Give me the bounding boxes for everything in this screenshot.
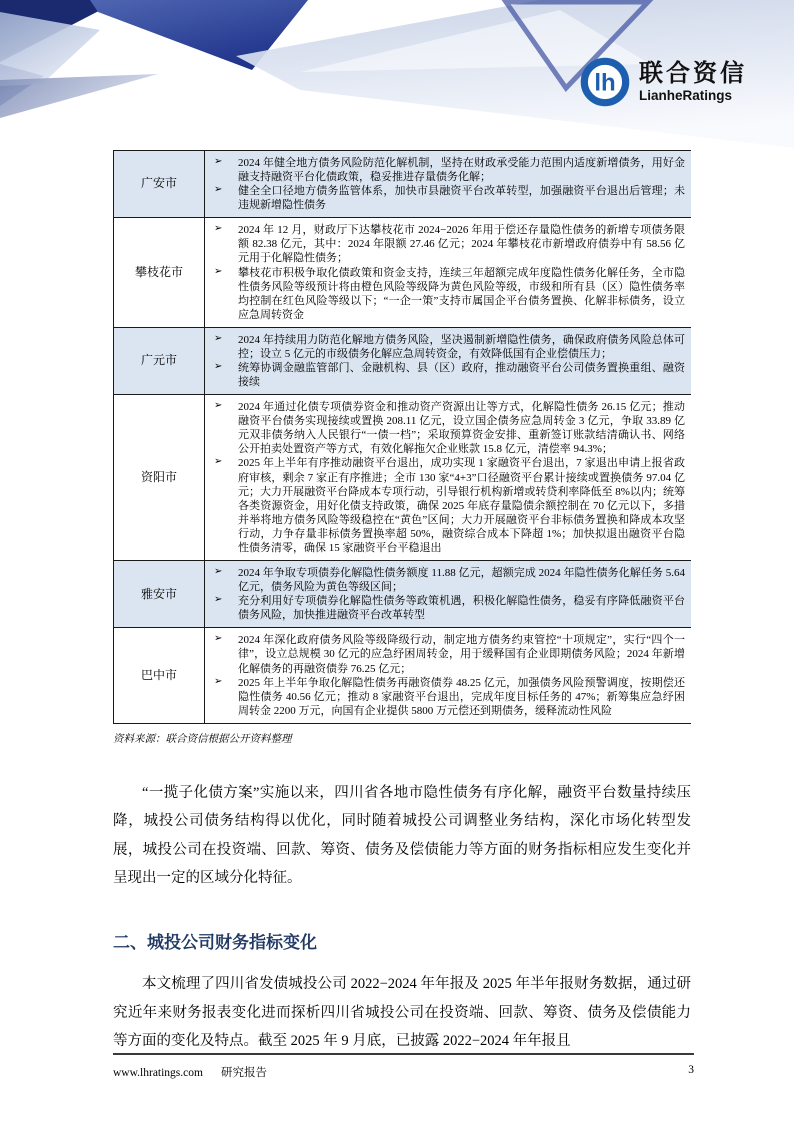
- arrow-bullet-icon: ➢: [214, 223, 222, 236]
- table-row: 巴中市 ➢2024 年深化政府债务风险等级降级行动，制定地方债务约束管控“十项规…: [114, 628, 692, 723]
- bullet-item: ➢2024 年通过化债专项债券资金和推动资产资源出让等方式，化解隐性债务 26.…: [205, 400, 685, 456]
- measures-cell: ➢2024 年持续用力防范化解地方债务风险，坚决遏制新增隐性债务，确保政府债务风…: [205, 327, 692, 394]
- arrow-bullet-icon: ➢: [214, 184, 222, 197]
- arrow-bullet-icon: ➢: [214, 594, 222, 607]
- table-row: 广安市 ➢2024 年健全地方债务风险防范化解机制，坚持在财政承受能力范围内适度…: [114, 151, 692, 218]
- city-cell: 广元市: [114, 327, 205, 394]
- city-cell: 广安市: [114, 151, 205, 218]
- page-number: 3: [688, 1064, 694, 1080]
- bullet-text: 2024 年通过化债专项债券资金和推动资产资源出让等方式，化解隐性债务 26.1…: [238, 401, 685, 455]
- bullet-text: 2024 年 12 月，财政厅下达攀枝花市 2024−2026 年用于偿还存量隐…: [238, 224, 685, 264]
- brand-name-cn: 联合资信: [639, 61, 747, 86]
- measures-cell: ➢2024 年深化政府债务风险等级降级行动，制定地方债务约束管控“十项规定”，实…: [205, 628, 692, 723]
- bullet-item: ➢2024 年持续用力防范化解地方债务风险，坚决遏制新增隐性债务，确保政府债务风…: [205, 333, 685, 361]
- source-note: 资料来源：联合资信根据公开资料整理: [113, 731, 691, 746]
- body-paragraph: 本文梳理了四川省发债城投公司 2022−2024 年年报及 2025 年半年报财…: [113, 970, 691, 1055]
- measures-cell: ➢2024 年通过化债专项债券资金和推动资产资源出让等方式，化解隐性债务 26.…: [205, 395, 692, 561]
- measures-cell: ➢2024 年争取专项债券化解隐性债务额度 11.88 亿元，超额完成 2024…: [205, 561, 692, 628]
- city-cell: 资阳市: [114, 395, 205, 561]
- bullet-text: 充分利用好专项债券化解隐性债务等政策机遇，积极化解隐性债务，稳妥有序降低融资平台…: [238, 595, 685, 621]
- footer-divider: [113, 1053, 694, 1055]
- arrow-bullet-icon: ➢: [214, 400, 222, 413]
- bullet-item: ➢统筹协调金融监管部门、金融机构、县（区）政府，推动融资平台公司债务置换重组、融…: [205, 361, 685, 389]
- arrow-bullet-icon: ➢: [214, 156, 222, 169]
- arrow-bullet-icon: ➢: [214, 566, 222, 579]
- city-debt-measures-table: 广安市 ➢2024 年健全地方债务风险防范化解机制，坚持在财政承受能力范围内适度…: [113, 150, 691, 724]
- bullet-item: ➢2024 年 12 月，财政厅下达攀枝花市 2024−2026 年用于偿还存量…: [205, 223, 685, 265]
- measures-cell: ➢2024 年健全地方债务风险防范化解机制，坚持在财政承受能力范围内适度新增债务…: [205, 151, 692, 218]
- arrow-bullet-icon: ➢: [214, 361, 222, 374]
- bullet-text: 攀枝花市积极争取化债政策和资金支持，连续三年超额完成年度隐性债务化解任务，全市隐…: [238, 267, 685, 321]
- table-row: 攀枝花市 ➢2024 年 12 月，财政厅下达攀枝花市 2024−2026 年用…: [114, 218, 692, 328]
- report-page: lh 联合资信 LianheRatings 广安市 ➢2024 年健全地方债务风…: [0, 0, 794, 1123]
- arrow-bullet-icon: ➢: [214, 633, 222, 646]
- bullet-text: 2024 年持续用力防范化解地方债务风险，坚决遏制新增隐性债务，确保政府债务风险…: [238, 334, 685, 360]
- arrow-bullet-icon: ➢: [214, 333, 222, 346]
- brand-logo: lh 联合资信 LianheRatings: [580, 57, 747, 107]
- bullet-item: ➢2025 年上半年争取化解隐性债务再融资债券 48.25 亿元，加强债务风险预…: [205, 676, 685, 718]
- bullet-item: ➢2024 年争取专项债券化解隐性债务额度 11.88 亿元，超额完成 2024…: [205, 566, 685, 594]
- footer-website: www.lhratings.com: [113, 1067, 203, 1079]
- svg-text:lh: lh: [594, 70, 615, 97]
- city-cell: 巴中市: [114, 628, 205, 723]
- footer-left: www.lhratings.com研究报告: [113, 1064, 285, 1080]
- bullet-text: 2024 年健全地方债务风险防范化解机制，坚持在财政承受能力范围内适度新增债务，…: [238, 157, 685, 183]
- bullet-text: 2025 年上半年争取化解隐性债务再融资债券 48.25 亿元，加强债务风险预警…: [238, 677, 685, 717]
- measures-cell: ➢2024 年 12 月，财政厅下达攀枝花市 2024−2026 年用于偿还存量…: [205, 218, 692, 328]
- bullet-text: 2024 年争取专项债券化解隐性债务额度 11.88 亿元，超额完成 2024 …: [238, 567, 685, 593]
- table-row: 雅安市 ➢2024 年争取专项债券化解隐性债务额度 11.88 亿元，超额完成 …: [114, 561, 692, 628]
- bullet-item: ➢2024 年深化政府债务风险等级降级行动，制定地方债务约束管控“十项规定”，实…: [205, 633, 685, 675]
- page-footer: www.lhratings.com研究报告 3: [113, 1053, 694, 1080]
- lianhe-ratings-icon: lh: [580, 57, 630, 107]
- bullet-text: 统筹协调金融监管部门、金融机构、县（区）政府，推动融资平台公司债务置换重组、融资…: [238, 362, 685, 388]
- arrow-bullet-icon: ➢: [214, 266, 222, 279]
- section-heading: 二、城投公司财务指标变化: [113, 928, 691, 953]
- table-row: 资阳市 ➢2024 年通过化债专项债券资金和推动资产资源出让等方式，化解隐性债务…: [114, 395, 692, 561]
- table-row: 广元市 ➢2024 年持续用力防范化解地方债务风险，坚决遏制新增隐性债务，确保政…: [114, 327, 692, 394]
- arrow-bullet-icon: ➢: [214, 676, 222, 689]
- body-paragraph: “一揽子化债方案”实施以来，四川省各地市隐性债务有序化解，融资平台数量持续压降，…: [113, 779, 691, 893]
- bullet-text: 2025 年上半年有序推动融资平台退出，成功实现 1 家融资平台退出，7 家退出…: [238, 457, 685, 553]
- page-body: 广安市 ➢2024 年健全地方债务风险防范化解机制，坚持在财政承受能力范围内适度…: [113, 150, 691, 1056]
- brand-name-en: LianheRatings: [639, 89, 747, 103]
- footer-doc-type: 研究报告: [221, 1067, 267, 1079]
- city-cell: 雅安市: [114, 561, 205, 628]
- bullet-text: 2024 年深化政府债务风险等级降级行动，制定地方债务约束管控“十项规定”，实行…: [238, 634, 685, 674]
- bullet-item: ➢2025 年上半年有序推动融资平台退出，成功实现 1 家融资平台退出，7 家退…: [205, 456, 685, 555]
- bullet-item: ➢充分利用好专项债券化解隐性债务等政策机遇，积极化解隐性债务，稳妥有序降低融资平…: [205, 594, 685, 622]
- bullet-item: ➢攀枝花市积极争取化债政策和资金支持，连续三年超额完成年度隐性债务化解任务，全市…: [205, 266, 685, 322]
- bullet-item: ➢健全全口径地方债务监管体系，加快市县融资平台改革转型，加强融资平台退出后管理；…: [205, 184, 685, 212]
- arrow-bullet-icon: ➢: [214, 456, 222, 469]
- bullet-item: ➢2024 年健全地方债务风险防范化解机制，坚持在财政承受能力范围内适度新增债务…: [205, 156, 685, 184]
- city-cell: 攀枝花市: [114, 218, 205, 328]
- bullet-text: 健全全口径地方债务监管体系，加快市县融资平台改革转型，加强融资平台退出后管理；未…: [238, 185, 685, 211]
